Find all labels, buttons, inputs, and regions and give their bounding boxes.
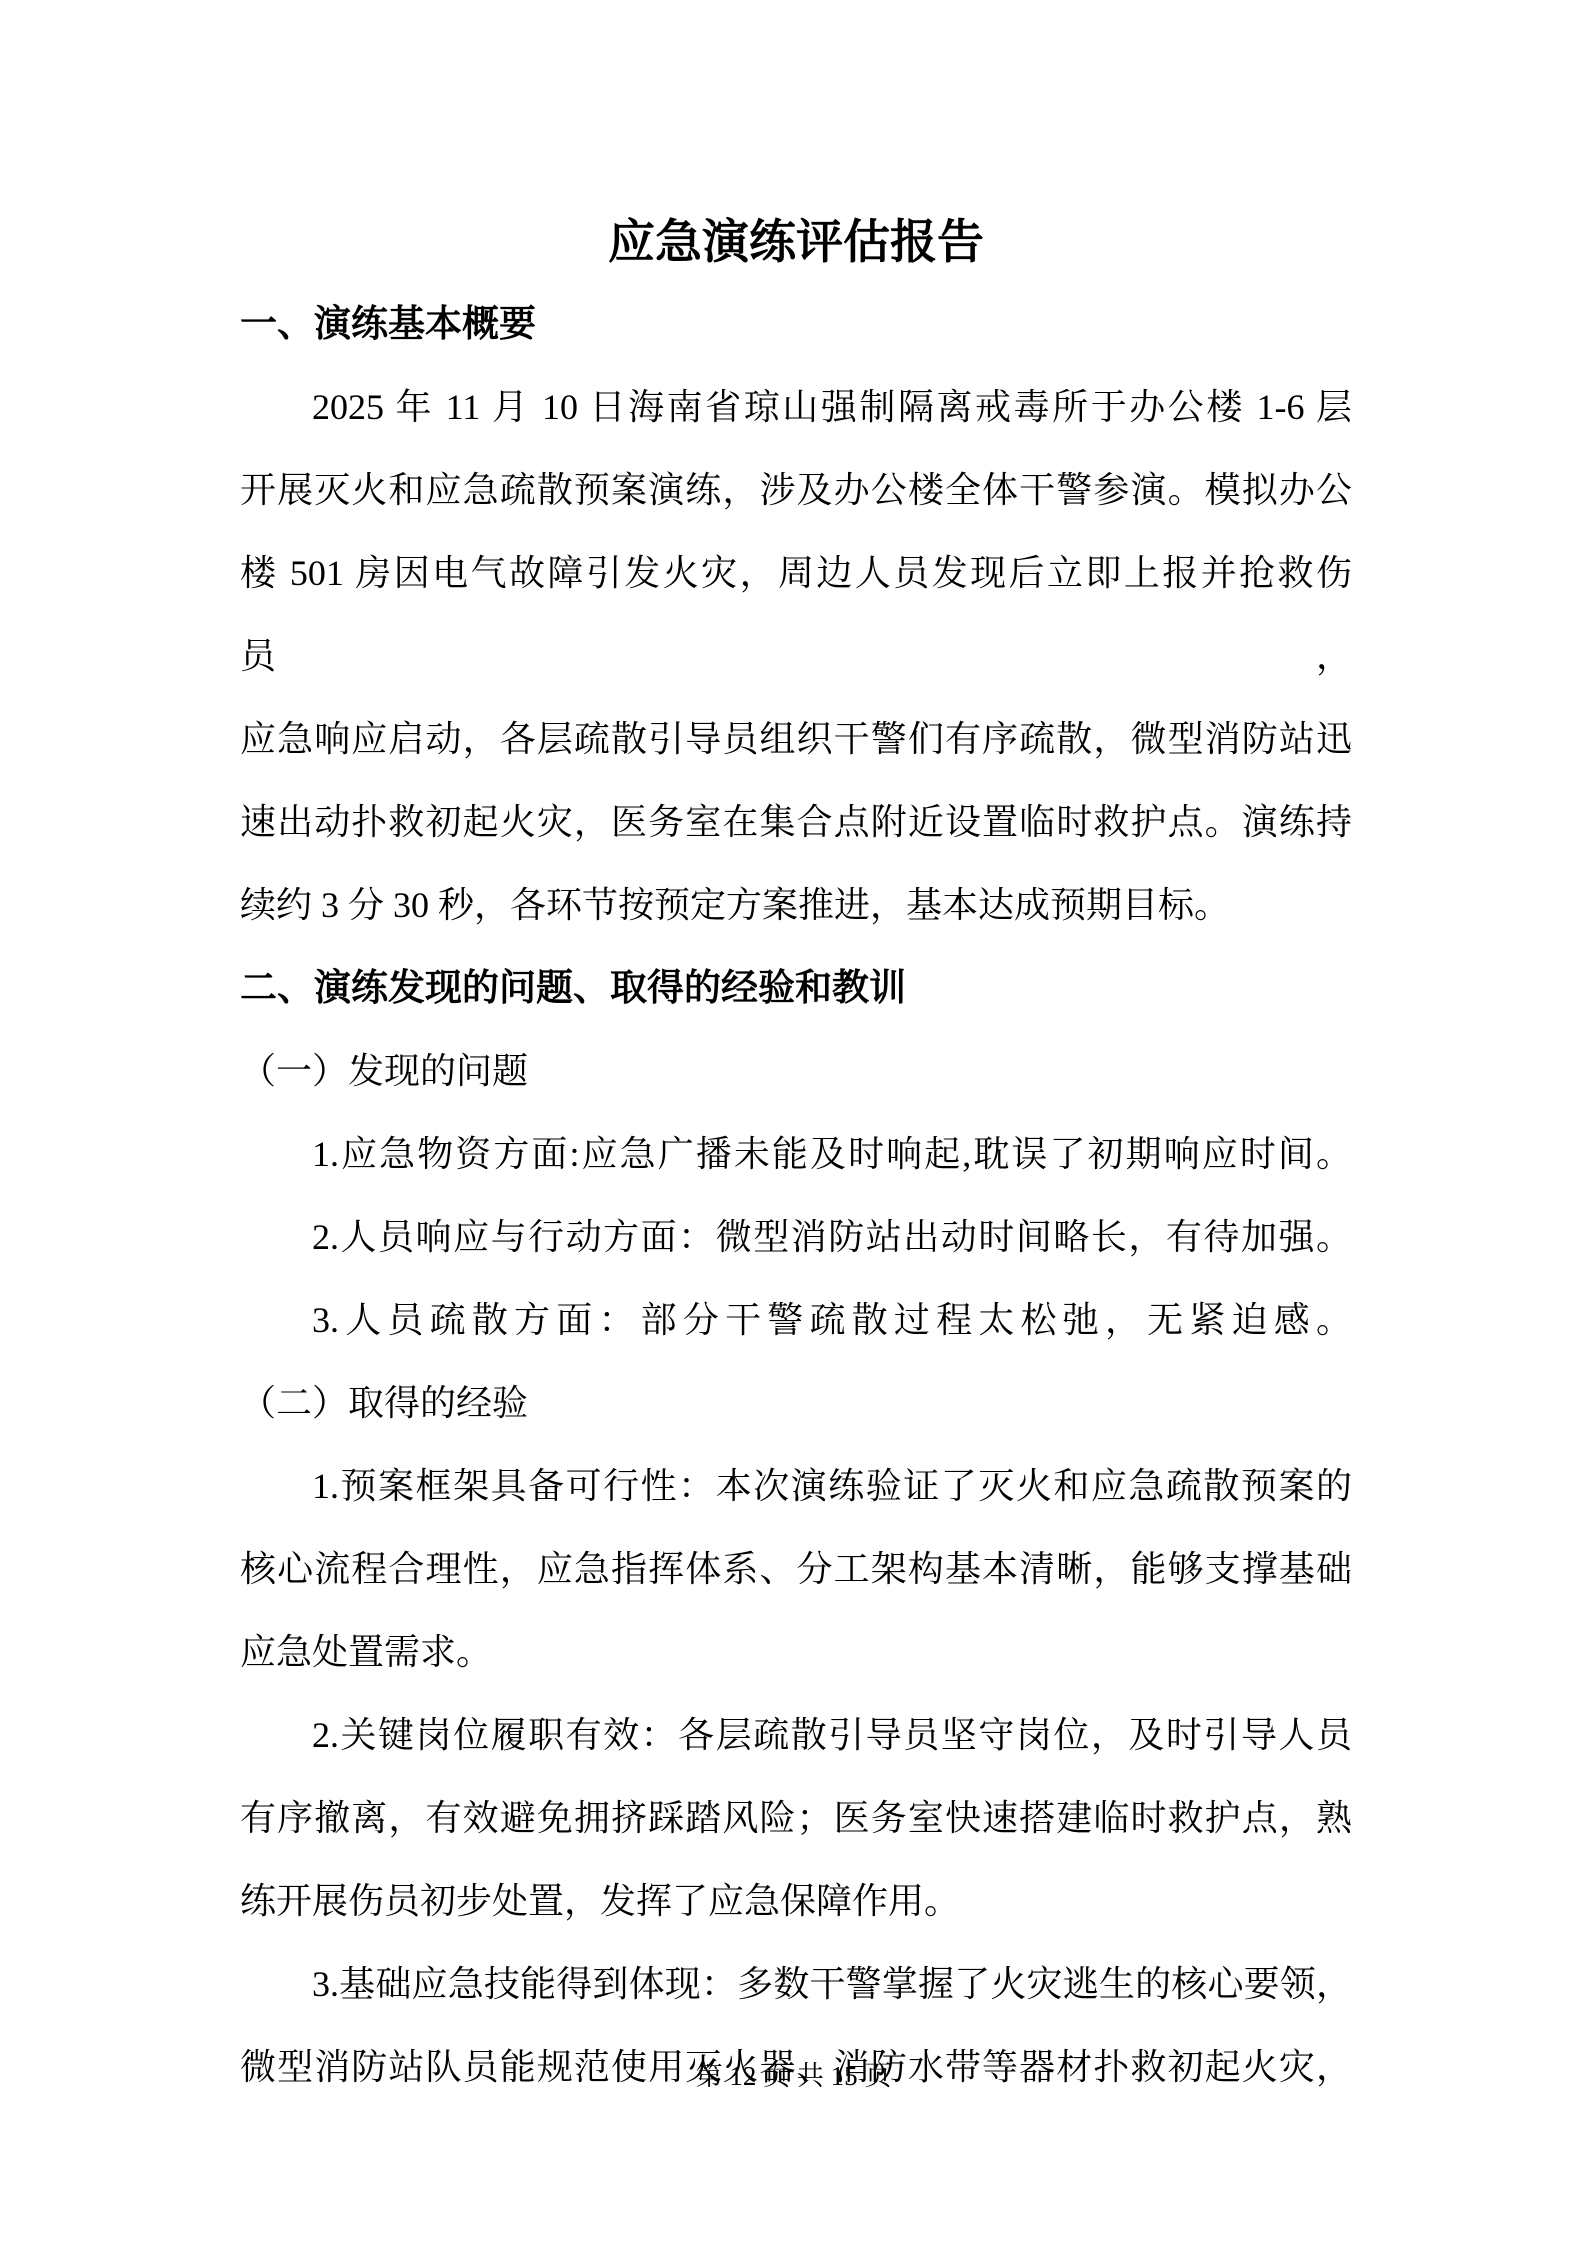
problem-item-2: 2.人员响应与行动方面：微型消防站出动时间略长，有待加强。 [240,1196,1352,1279]
experience-2-line-1: 2.关键岗位履职有效：各层疏散引导员坚守岗位，及时引导人员 [240,1694,1352,1777]
experience-1-line-3: 应急处置需求。 [240,1611,1352,1694]
problem-item-1: 1.应急物资方面:应急广播未能及时响起,耽误了初期响应时间。 [240,1113,1352,1196]
experience-2-line-2: 有序撤离，有效避免拥挤踩踏风险；医务室快速搭建临时救护点，熟 [240,1777,1352,1860]
experience-3-line-1: 3.基础应急技能得到体现：多数干警掌握了火灾逃生的核心要领， [240,1943,1352,2026]
heading-overview: 一、演练基本概要 [240,283,1352,366]
para-overview-line-1: 2025 年 11 月 10 日海南省琼山强制隔离戒毒所于办公楼 1-6 层 [240,366,1352,449]
document-page: 应急演练评估报告 一、演练基本概要 2025 年 11 月 10 日海南省琼山强… [0,0,1587,2245]
para-overview-line-6: 续约 3 分 30 秒，各环节按预定方案推进，基本达成预期目标。 [240,864,1352,947]
document-content: 应急演练评估报告 一、演练基本概要 2025 年 11 月 10 日海南省琼山强… [240,200,1352,2109]
para-overview-line-5: 速出动扑救初起火灾，医务室在集合点附近设置临时救护点。演练持 [240,781,1352,864]
para-overview-line-3: 楼 501 房因电气故障引发火灾，周边人员发现后立即上报并抢救伤员， [240,532,1352,698]
experience-1-line-1: 1.预案框架具备可行性：本次演练验证了灭火和应急疏散预案的 [240,1445,1352,1528]
heading-findings: 二、演练发现的问题、取得的经验和教训 [240,947,1352,1030]
para-overview-line-4: 应急响应启动，各层疏散引导员组织干警们有序疏散，微型消防站迅 [240,698,1352,781]
subheading-problems: （一）发现的问题 [240,1030,1352,1113]
experience-2-line-3: 练开展伤员初步处置，发挥了应急保障作用。 [240,1860,1352,1943]
problem-item-3: 3.人员疏散方面：部分干警疏散过程太松弛，无紧迫感。 [240,1279,1352,1362]
document-title: 应急演练评估报告 [240,200,1352,283]
para-overview-line-2: 开展灭火和应急疏散预案演练，涉及办公楼全体干警参演。模拟办公 [240,449,1352,532]
subheading-experiences: （二）取得的经验 [240,1362,1352,1445]
page-number: 第 12 页 共 15 页 [0,2056,1587,2096]
experience-1-line-2: 核心流程合理性，应急指挥体系、分工架构基本清晰，能够支撑基础 [240,1528,1352,1611]
